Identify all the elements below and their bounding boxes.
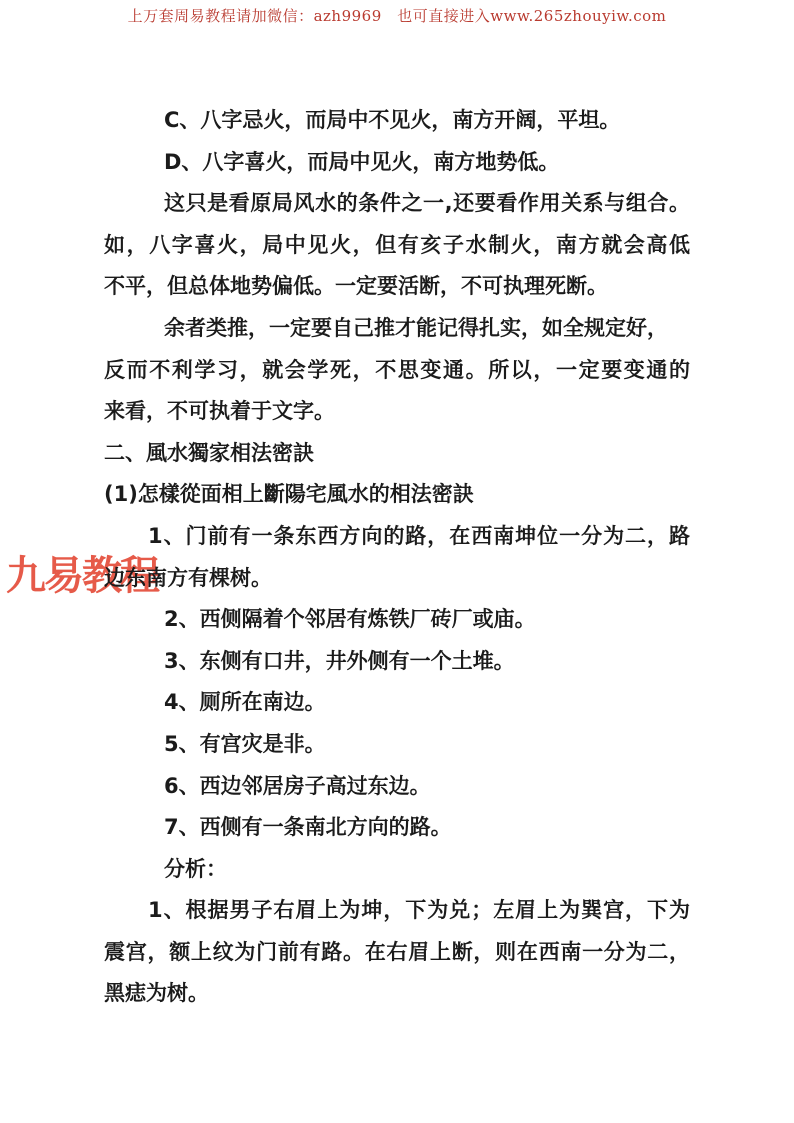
text-line: 分析： — [104, 849, 690, 891]
section-heading: 二、風水獨家相法密訣 — [104, 433, 690, 475]
text-line: 边东南方有棵树。 — [104, 558, 690, 600]
text-line: 黑痣为树。 — [104, 973, 690, 1015]
text-line: 如，八字喜火，局中见火，但有亥子水制火，南方就会高低 — [104, 225, 690, 267]
text-line: 不平，但总体地势偏低。一定要活断，不可执理死断。 — [104, 266, 690, 308]
text-line: 来看，不可执着于文字。 — [104, 391, 690, 433]
text-line: 这只是看原局风水的条件之一,还要看作用关系与组合。 — [104, 183, 690, 225]
text-line: C、八字忌火，而局中不见火，南方开阔，平坦。 — [104, 100, 690, 142]
document-page: 上万套周易教程请加微信：azh9969 也可直接进入www.265zhouyiw… — [0, 0, 794, 1123]
text-line: 震宫，额上纹为门前有路。在右眉上断，则在西南一分为二， — [104, 932, 690, 974]
text-line: 5、有宫灾是非。 — [104, 724, 690, 766]
text-line: 7、西侧有一条南北方向的路。 — [104, 807, 690, 849]
text-line: 3、东侧有口井，井外侧有一个土堆。 — [104, 641, 690, 683]
text-line: 1、根据男子右眉上为坤，下为兑；左眉上为巽宫，下为 — [104, 890, 690, 932]
header-notice: 上万套周易教程请加微信：azh9969 也可直接进入www.265zhouyiw… — [0, 5, 794, 26]
text-line: 反而不利学习，就会学死，不思变通。所以，一定要变通的 — [104, 350, 690, 392]
text-line: 4、厕所在南边。 — [104, 682, 690, 724]
text-line: 余者类推，一定要自己推才能记得扎实，如全规定好， — [104, 308, 690, 350]
text-line: D、八字喜火，而局中见火，南方地势低。 — [104, 142, 690, 184]
text-line: 6、西边邻居房子高过东边。 — [104, 766, 690, 808]
text-line: 1、门前有一条东西方向的路，在西南坤位一分为二，路 — [104, 516, 690, 558]
sub-heading: (1)怎樣從面相上斷陽宅風水的相法密訣 — [104, 474, 690, 516]
text-line: 2、西侧隔着个邻居有炼铁厂砖厂或庙。 — [104, 599, 690, 641]
document-body: C、八字忌火，而局中不见火，南方开阔，平坦。 D、八字喜火，而局中见火，南方地势… — [104, 100, 690, 1015]
